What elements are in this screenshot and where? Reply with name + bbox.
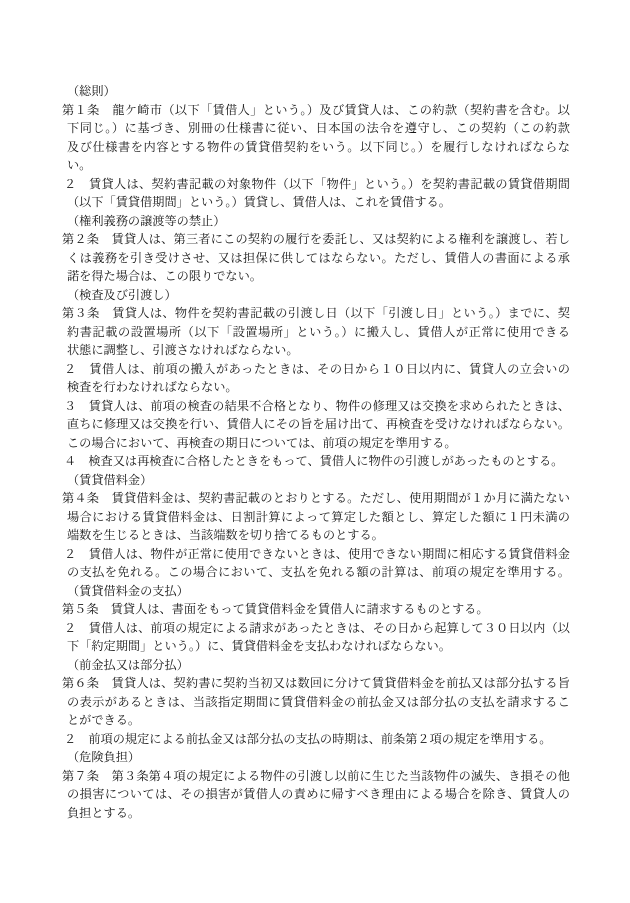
text-line: 下「約定期間」という。）に、賃貸借料金を支払わなければならない。	[67, 637, 570, 656]
text-line: 端数を生じるときは、当該端数を切り捨てるものとする。	[67, 526, 570, 545]
text-line: ２ 前項の規定による前払金又は部分払の支払の時期は、前条第２項の規定を準用する。	[64, 730, 570, 749]
text-line: ２ 賃貸人は、契約書記載の対象物件（以下「物件」という。）を契約書記載の賃貸借期…	[64, 175, 570, 194]
text-line: 直ちに修理又は交換を行い、賃借人にその旨を届け出て、再検査を受けなければならない…	[67, 415, 570, 434]
text-line: （賃貸借料金の支払）	[67, 582, 570, 601]
text-line: の表示があるときは、当該指定期間に賃貸借料金の前払金又は部分払の支払を請求するこ	[67, 693, 570, 712]
text-line: とができる。	[67, 711, 570, 730]
text-line: 第４条 賃貸借料金は、契約書記載のとおりとする。ただし、使用期間が１か月に満たな…	[62, 489, 570, 508]
text-line: い。	[67, 156, 570, 175]
text-line: くは義務を引き受けさせ、又は担保に供してはならない。ただし、賃借人の書面による承	[67, 249, 570, 268]
text-line: ２ 賃借人は、前項の規定による請求があったときは、その日から起算して３０日以内（…	[64, 619, 570, 638]
text-line: ２ 賃借人は、物件が正常に使用できないときは、使用できない期間に相応する賃貸借料…	[64, 545, 570, 564]
text-line: 第２条 賃貸人は、第三者にこの契約の履行を委託し、又は契約による権利を譲渡し、若…	[62, 230, 570, 249]
text-line: 検査を行わなければならない。	[67, 378, 570, 397]
text-line: 状態に調整し、引渡さなければならない。	[67, 341, 570, 360]
text-line: （権利義務の譲渡等の禁止）	[67, 212, 570, 231]
text-line: （検査及び引渡し）	[67, 286, 570, 305]
text-line: ４ 検査又は再検査に合格したときをもって、賃借人に物件の引渡しがあったものとする…	[64, 452, 570, 471]
text-line: ２ 賃借人は、前項の搬入があったときは、その日から１０日以内に、賃貸人の立会いの…	[64, 360, 570, 379]
text-line: ３ 賃貸人は、前項の検査の結果不合格となり、物件の修理又は交換を求められたときは…	[64, 397, 570, 416]
text-line: の損害については、その損害が賃借人の責めに帰すべき理由による場合を除き、賃貸人の	[67, 785, 570, 804]
contract-terms-text: （総則）第１条 龍ケ崎市（以下「賃借人」という。）及び賃貸人は、この約款（契約書…	[62, 82, 570, 822]
text-line: （以下「賃貸借期間」という。）賃貸し、賃借人は、これを賃借する。	[67, 193, 570, 212]
text-line: 第１条 龍ケ崎市（以下「賃借人」という。）及び賃貸人は、この約款（契約書を含む。…	[62, 101, 570, 120]
text-line: 負担とする。	[67, 804, 570, 823]
text-line: 第６条 賃貸人は、契約書に契約当初又は数回に分けて賃貸借料金を前払又は部分払する…	[62, 674, 570, 693]
text-line: の支払を免れる。この場合において、支払を免れる額の計算は、前項の規定を準用する。	[67, 563, 570, 582]
text-line: 第３条 賃貸人は、物件を契約書記載の引渡し日（以下「引渡し日」という。）までに、…	[62, 304, 570, 323]
text-line: 下同じ。）に基づき、別冊の仕様書に従い、日本国の法令を遵守し、この契約（この約款	[67, 119, 570, 138]
text-line: （危険負担）	[67, 748, 570, 767]
text-line: 第７条 第３条第４項の規定による物件の引渡し以前に生じた当該物件の滅失、き損その…	[62, 767, 570, 786]
text-line: 第５条 賃貸人は、書面をもって賃貸借料金を賃借人に請求するものとする。	[62, 600, 570, 619]
text-line: （総則）	[67, 82, 570, 101]
text-line: （賃貸借料金）	[67, 471, 570, 490]
text-line: 及び仕様書を内容とする物件の賃貸借契約をいう。以下同じ。）を履行しなければならな	[67, 138, 570, 157]
text-line: 約書記載の設置場所（以下「設置場所」という。）に搬入し、賃借人が正常に使用できる	[67, 323, 570, 342]
text-line: この場合において、再検査の期日については、前項の規定を準用する。	[67, 434, 570, 453]
document-page: （総則）第１条 龍ケ崎市（以下「賃借人」という。）及び賃貸人は、この約款（契約書…	[0, 0, 630, 903]
text-line: 諾を得た場合は、この限りでない。	[67, 267, 570, 286]
text-line: （前金払又は部分払）	[67, 656, 570, 675]
text-line: 場合における賃貸借料金は、日割計算によって算定した額とし、算定した額に１円未満の	[67, 508, 570, 527]
